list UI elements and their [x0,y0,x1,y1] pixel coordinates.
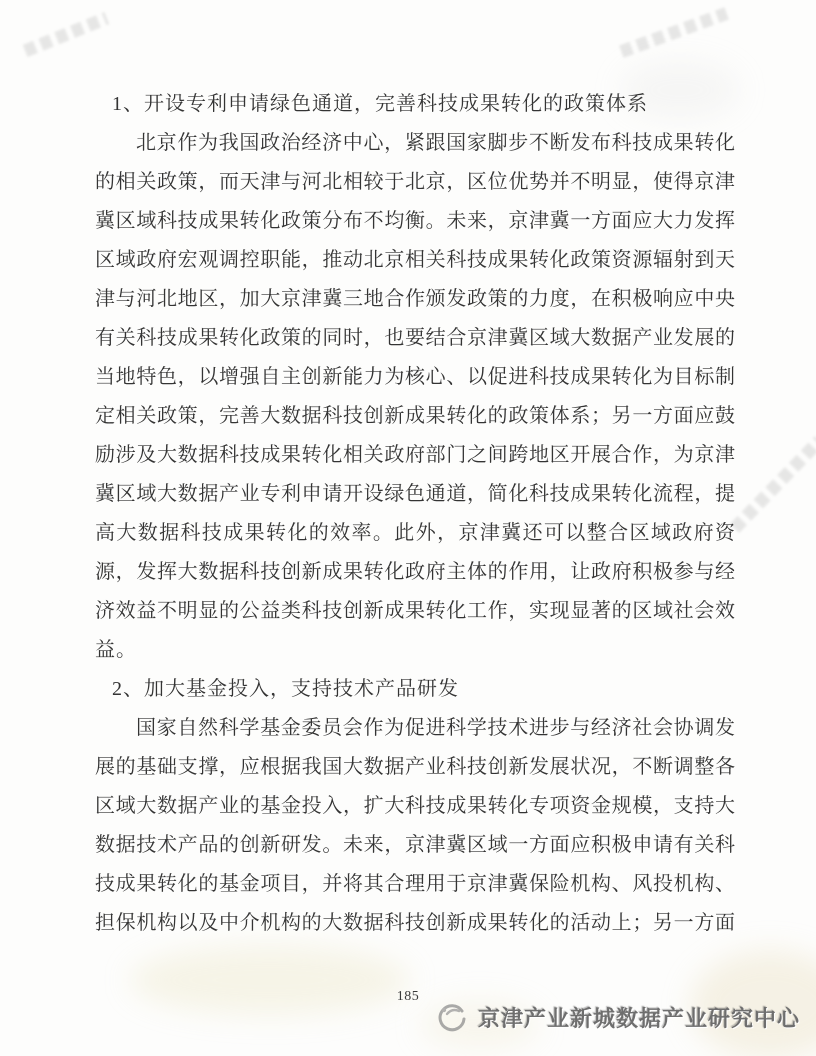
diagonal-watermark [619,7,729,58]
body-text-line: 津与河北地区，加大京津冀三地合作颁发政策的力度，在积极响应中央 [95,280,735,319]
body-text-line: 济效益不明显的公益类科技创新成果转化工作，实现显著的区域社会效 [95,592,735,631]
body-text-line: 源，发挥大数据科技创新成果转化政府主体的作用，让政府积极参与经 [95,553,735,592]
body-text-line: 高大数据科技成果转化的效率。此外，京津冀还可以整合区域政府资 [95,514,735,553]
body-text-line: 的相关政策，而天津与河北相较于北京，区位优势并不明显，使得京津 [95,163,735,202]
body-text-line: 冀区域大数据产业专利申请开设绿色通道，简化科技成果转化流程，提 [95,475,735,514]
body-text-line: 益。 [95,631,735,670]
body-text-line: 有关科技成果转化政策的同时，也要结合京津冀区域大数据产业发展的 [95,319,735,358]
body-text-line: 当地特色，以增强自主创新能力为核心、以促进科技成果转化为目标制 [95,358,735,397]
body-text-line: 区域政府宏观调控职能，推动北京相关科技成果转化政策资源辐射到天 [95,241,735,280]
footer-brand: 京津产业新城数据产业研究中心 [435,1000,800,1034]
diagonal-watermark [730,436,816,533]
section-heading-2: 2、加大基金投入，支持技术产品研发 [95,670,735,709]
body-text-line: 担保机构以及中介机构的大数据科技创新成果转化的活动上；另一方面 [95,904,735,943]
body-text-line: 定相关政策，完善大数据科技创新成果转化的政策体系；另一方面应鼓 [95,397,735,436]
body-text-line: 区域大数据产业的基金投入，扩大科技成果转化专项资金规模，支持大 [95,787,735,826]
body-text-line: 数据技术产品的创新研发。未来，京津冀区域一方面应积极申请有关科 [95,826,735,865]
body-text-line: 北京作为我国政治经济中心，紧跟国家脚步不断发布科技成果转化 [95,124,735,163]
body-text-line: 展的基础支撑，应根据我国大数据产业科技创新发展状况，不断调整各 [95,748,735,787]
body-text-line: 技成果转化的基金项目，并将其合理用于京津冀保险机构、风投机构、 [95,865,735,904]
circular-swirl-logo-icon [435,1000,469,1034]
body-text-line: 冀区域科技成果转化政策分布不均衡。未来，京津冀一方面应大力发挥 [95,202,735,241]
body-text-line: 国家自然科学基金委员会作为促进科学技术进步与经济社会协调发 [95,709,735,748]
document-body: 1、开设专利申请绿色通道，完善科技成果转化的政策体系 北京作为我国政治经济中心，… [95,85,735,943]
document-page: 1、开设专利申请绿色通道，完善科技成果转化的政策体系 北京作为我国政治经济中心，… [0,0,816,1056]
section-heading-1: 1、开设专利申请绿色通道，完善科技成果转化的政策体系 [95,85,735,124]
body-text-line: 励涉及大数据科技成果转化相关政府部门之间跨地区开展合作，为京津 [95,436,735,475]
footer-org-name: 京津产业新城数据产业研究中心 [478,1002,800,1033]
diagonal-watermark [23,12,109,57]
